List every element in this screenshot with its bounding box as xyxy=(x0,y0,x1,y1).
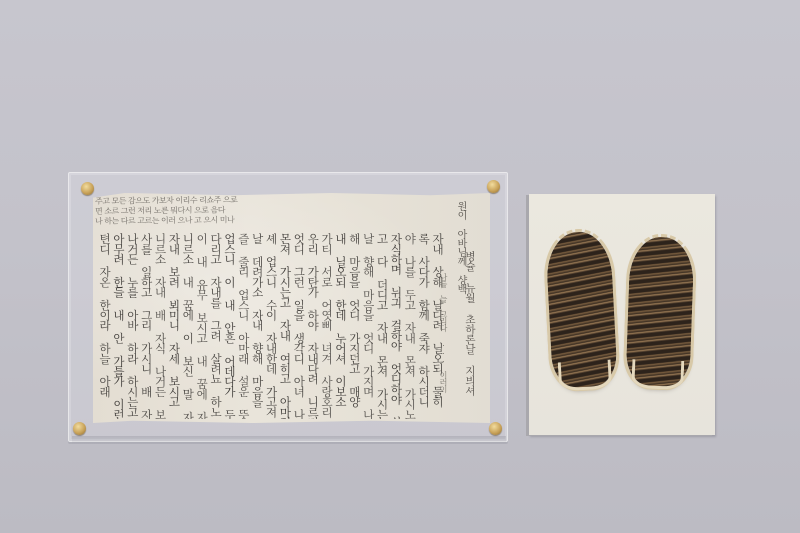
letter-column: 자내 보려 뵈미니 자세 보시고 날다려 xyxy=(169,233,181,419)
letter-column: 몬져 가시는고 자내 여히고 아마려 내 살 xyxy=(280,233,292,419)
letter-column: 날 향해 마음을 엇디 가지며 나는 자내 향 xyxy=(363,233,375,419)
letter-column: 사를 일하고 그리 가시니 배 자식 xyxy=(141,233,153,419)
letter-date-column: 병슐 뉴월 초하론날 지븨셔 xyxy=(463,251,478,396)
letter-column: 다리고 자내를 그려 살려뇨 하노 xyxy=(210,233,222,419)
letter-column: 내 닐오되 한데 누어셔 이보소 남도 우리 xyxy=(335,233,347,419)
frame-screw-bottom-left xyxy=(73,422,86,435)
frame-screw-bottom-right xyxy=(489,422,502,435)
letter-header-lines: 주고 모든 감으도 가보자 이리수 리쇼주 으로 면 소르 그런 저리 노른 뭐… xyxy=(95,193,450,239)
museum-display-scene: 주고 모든 감으도 가보자 이리수 리쇼주 으로 면 소르 그런 저리 노른 뭐… xyxy=(0,0,800,533)
letter-column: 엇디 그런 일을 생각디 아녀 나를 버리고 xyxy=(293,233,305,419)
letter-column: 아무려 한들 내 안 가틀가 이런 xyxy=(113,233,125,419)
letter-body-columns: 자내 상해 날다려 닐오되 둘히 머리 셰도 록 사다가 함께 죽쟈 하시더니 … xyxy=(99,233,444,419)
letter-column: 나거든 누를 아바 하라 하시는고 xyxy=(127,233,139,419)
letter-column: 자식하며 뉘긔 걸하야 엇디하야 살라 하 xyxy=(391,233,403,419)
letter-faint-column: 나를 늘 그리다 ... 이러이 xyxy=(438,273,449,392)
letter-column: 우리 가탄가 하야 자내다려 니르더니 xyxy=(307,233,319,419)
letter-column: 니르소 자내 배 자식 나거든 보고 xyxy=(155,233,167,419)
letter-column: 야 나를 두고 자내 몬져 가시노 날하고 xyxy=(404,233,416,419)
handwritten-letter: 주고 모든 감으도 가보자 이리수 리쇼주 으로 면 소르 그런 저리 노른 뭐… xyxy=(93,193,490,423)
left-woven-sandal xyxy=(545,230,618,389)
frame-screw-top-right xyxy=(487,180,500,193)
letter-column: 텬디 자온 한이라 하늘 아래 xyxy=(99,233,111,419)
letter-column: 해 마음을 엇디 가지던고 매양 자내다려 xyxy=(349,233,361,419)
letter-column: 이 내 유무 보시고 내 꿈에 자세히 와 xyxy=(196,233,208,419)
letter-column: 가티 서로 어엿삐 녀겨 사랑호리 남도 xyxy=(321,233,333,419)
letter-column: 즐 줄리 업스니 아마래 설운 뜻이 가이 xyxy=(238,233,250,419)
right-woven-sandal xyxy=(625,236,694,388)
letter-column: 셰 업스니 수이 자내한데 가고져 하니 xyxy=(266,233,278,419)
letter-column: 니르소 내 꿈에 이 보신 말 자세 듣고 xyxy=(182,233,194,419)
letter-column: 업스니 이 내 안흔 어데다가 두고 자식 xyxy=(224,233,236,419)
acrylic-frame-shadow xyxy=(72,436,506,444)
letter-column: 고 다 더디고 자내 몬져 가시는고 자내 xyxy=(377,233,389,419)
letter-column: 날 데려가소 자내 향해 마음을 차승 니 xyxy=(252,233,264,419)
letter-column: 록 사다가 함께 죽쟈 하시더니 엇디하 xyxy=(418,233,430,419)
frame-screw-top-left xyxy=(81,182,94,195)
